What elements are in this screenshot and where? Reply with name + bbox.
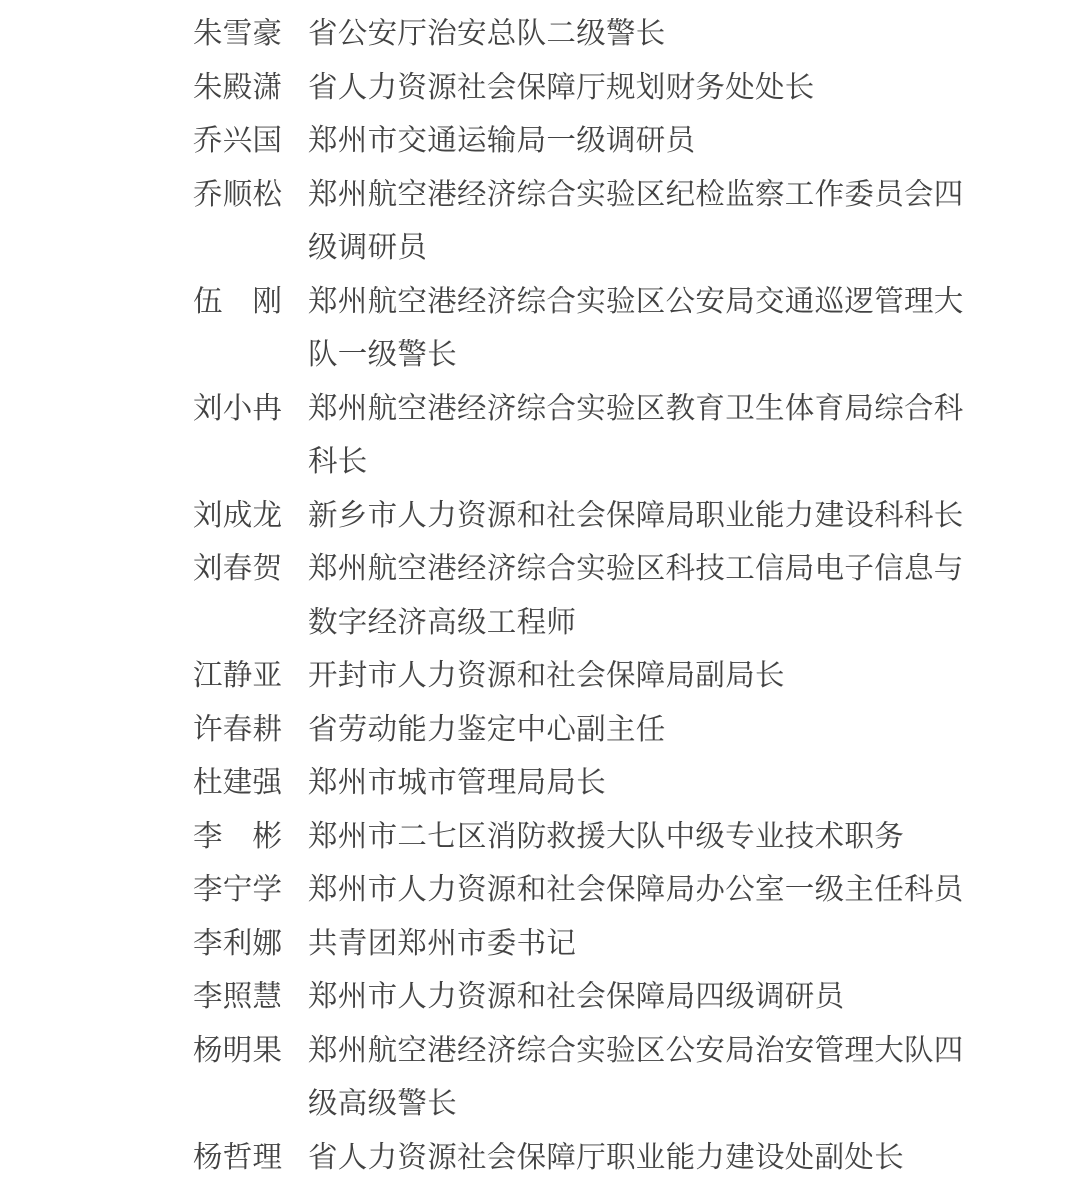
list-item: 许春耕 省劳动能力鉴定中心副主任 — [193, 704, 973, 758]
position-line: 数字经济高级工程师 — [308, 597, 964, 651]
person-position: 省人力资源社会保障厅职业能力建设处副处长 — [308, 1132, 964, 1186]
position-line: 郑州市城市管理局局长 — [308, 757, 964, 811]
person-position: 郑州市二七区消防救援大队中级专业技术职务 — [308, 811, 964, 865]
person-position: 郑州航空港经济综合实验区公安局交通巡逻管理大队一级警长 — [308, 276, 964, 383]
person-name: 李 彬 — [193, 811, 282, 865]
position-line: 队一级警长 — [308, 329, 964, 383]
position-line: 郑州市人力资源和社会保障局四级调研员 — [308, 971, 964, 1025]
person-name: 杨哲理 — [193, 1132, 282, 1186]
position-line: 开封市人力资源和社会保障局副局长 — [308, 650, 964, 704]
position-line: 郑州航空港经济综合实验区公安局治安管理大队四 — [308, 1025, 964, 1079]
person-position: 郑州航空港经济综合实验区公安局治安管理大队四级高级警长 — [308, 1025, 964, 1132]
person-name: 乔兴国 — [193, 115, 282, 169]
position-line: 级高级警长 — [308, 1078, 964, 1132]
person-position: 省劳动能力鉴定中心副主任 — [308, 704, 964, 758]
position-line: 郑州航空港经济综合实验区公安局交通巡逻管理大 — [308, 276, 964, 330]
list-item: 李利娜 共青团郑州市委书记 — [193, 918, 973, 972]
list-item: 杨哲理 省人力资源社会保障厅职业能力建设处副处长 — [193, 1132, 973, 1186]
person-position: 郑州航空港经济综合实验区纪检监察工作委员会四级调研员 — [308, 169, 964, 276]
position-line: 共青团郑州市委书记 — [308, 918, 964, 972]
list-item: 刘成龙 新乡市人力资源和社会保障局职业能力建设科科长 — [193, 490, 973, 544]
person-position: 郑州市人力资源和社会保障局办公室一级主任科员 — [308, 864, 964, 918]
list-item: 刘小冉 郑州航空港经济综合实验区教育卫生体育局综合科科长 — [193, 383, 973, 490]
list-item: 乔兴国 郑州市交通运输局一级调研员 — [193, 115, 973, 169]
person-position: 郑州市城市管理局局长 — [308, 757, 964, 811]
list-item: 杨明果 郑州航空港经济综合实验区公安局治安管理大队四级高级警长 — [193, 1025, 973, 1132]
person-name: 刘小冉 — [193, 383, 282, 437]
person-name: 乔顺松 — [193, 169, 282, 223]
list-item: 杜建强 郑州市城市管理局局长 — [193, 757, 973, 811]
list-item: 乔顺松 郑州航空港经济综合实验区纪检监察工作委员会四级调研员 — [193, 169, 973, 276]
person-position: 省人力资源社会保障厅规划财务处处长 — [308, 62, 964, 116]
person-name: 伍 刚 — [193, 276, 282, 330]
person-name: 朱殿潇 — [193, 62, 282, 116]
position-line: 郑州市二七区消防救援大队中级专业技术职务 — [308, 811, 964, 865]
person-position: 新乡市人力资源和社会保障局职业能力建设科科长 — [308, 490, 964, 544]
position-line: 郑州航空港经济综合实验区教育卫生体育局综合科 — [308, 383, 964, 437]
position-line: 郑州航空港经济综合实验区纪检监察工作委员会四 — [308, 169, 964, 223]
person-name: 李利娜 — [193, 918, 282, 972]
person-position: 郑州航空港经济综合实验区教育卫生体育局综合科科长 — [308, 383, 964, 490]
list-item: 李 彬 郑州市二七区消防救援大队中级专业技术职务 — [193, 811, 973, 865]
person-name: 江静亚 — [193, 650, 282, 704]
person-position: 开封市人力资源和社会保障局副局长 — [308, 650, 964, 704]
person-position: 郑州市人力资源和社会保障局四级调研员 — [308, 971, 964, 1025]
position-line: 郑州航空港经济综合实验区科技工信局电子信息与 — [308, 543, 964, 597]
person-position: 郑州航空港经济综合实验区科技工信局电子信息与数字经济高级工程师 — [308, 543, 964, 650]
list-item: 李照慧 郑州市人力资源和社会保障局四级调研员 — [193, 971, 973, 1025]
person-name: 刘成龙 — [193, 490, 282, 544]
person-name: 许春耕 — [193, 704, 282, 758]
position-line: 郑州市交通运输局一级调研员 — [308, 115, 964, 169]
person-name: 李宁学 — [193, 864, 282, 918]
position-line: 新乡市人力资源和社会保障局职业能力建设科科长 — [308, 490, 964, 544]
person-position: 省公安厅治安总队二级警长 — [308, 8, 964, 62]
person-name: 李照慧 — [193, 971, 282, 1025]
list-item: 伍 刚 郑州航空港经济综合实验区公安局交通巡逻管理大队一级警长 — [193, 276, 973, 383]
position-line: 省人力资源社会保障厅规划财务处处长 — [308, 62, 964, 116]
person-name: 刘春贺 — [193, 543, 282, 597]
position-line: 省劳动能力鉴定中心副主任 — [308, 704, 964, 758]
list-item: 朱殿潇 省人力资源社会保障厅规划财务处处长 — [193, 62, 973, 116]
list-item: 江静亚 开封市人力资源和社会保障局副局长 — [193, 650, 973, 704]
position-line: 省公安厅治安总队二级警长 — [308, 8, 964, 62]
appointment-list: 朱雪豪 省公安厅治安总队二级警长 朱殿潇 省人力资源社会保障厅规划财务处处长 乔… — [193, 8, 973, 1185]
person-name: 杨明果 — [193, 1025, 282, 1079]
person-position: 郑州市交通运输局一级调研员 — [308, 115, 964, 169]
person-name: 杜建强 — [193, 757, 282, 811]
list-item: 刘春贺 郑州航空港经济综合实验区科技工信局电子信息与数字经济高级工程师 — [193, 543, 973, 650]
list-item: 朱雪豪 省公安厅治安总队二级警长 — [193, 8, 973, 62]
position-line: 郑州市人力资源和社会保障局办公室一级主任科员 — [308, 864, 964, 918]
person-name: 朱雪豪 — [193, 8, 282, 62]
document-page: 朱雪豪 省公安厅治安总队二级警长 朱殿潇 省人力资源社会保障厅规划财务处处长 乔… — [0, 0, 1080, 1186]
position-line: 级调研员 — [308, 222, 964, 276]
list-item: 李宁学 郑州市人力资源和社会保障局办公室一级主任科员 — [193, 864, 973, 918]
person-position: 共青团郑州市委书记 — [308, 918, 964, 972]
position-line: 省人力资源社会保障厅职业能力建设处副处长 — [308, 1132, 964, 1186]
position-line: 科长 — [308, 436, 964, 490]
